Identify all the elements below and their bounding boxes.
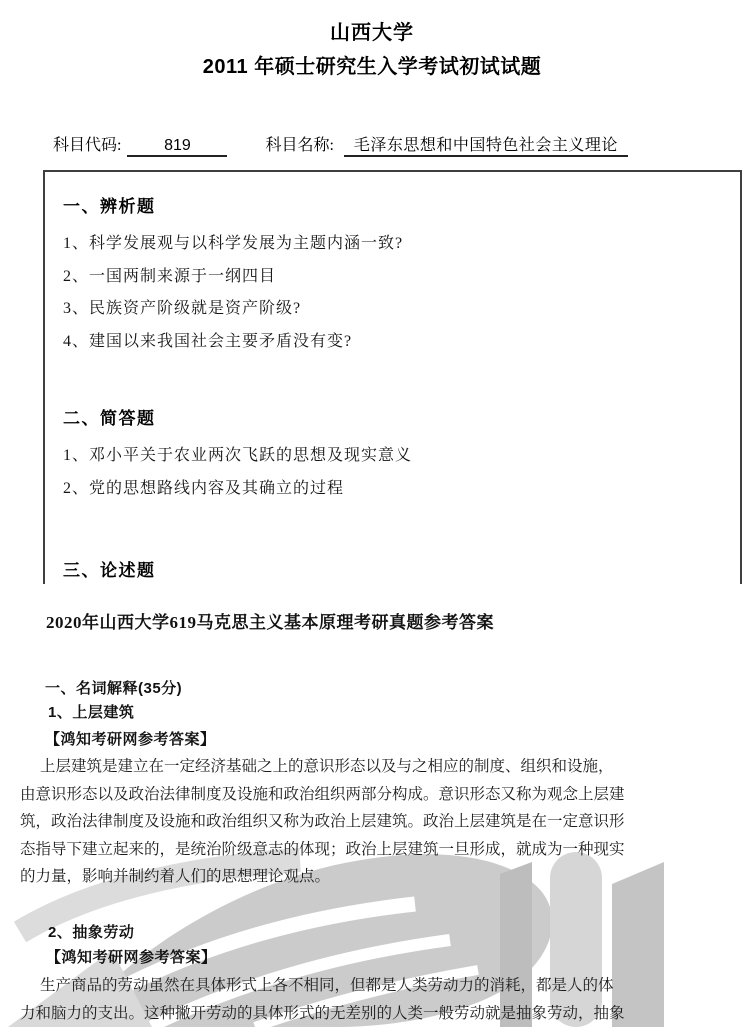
answer-paragraph-line: 筑，政治法律制度及设施和政治组织又称为政治上层建筑。政治上层建筑是在一定意识形 <box>20 808 726 836</box>
subject-name-label: 科目名称: <box>265 132 333 155</box>
answer-paragraph-line: 上层建筑是建立在一定经济基础之上的意识形态以及与之相应的制度、组织和设施， <box>20 753 726 781</box>
answer-source-tag: 【鸿知考研网参考答案】 <box>46 946 217 967</box>
section-heading: 二、简答题 <box>63 408 412 430</box>
answer-paragraph-line: 态指导下建立起来的，是统治阶级意志的体现；政治上层建筑一旦形成，就成为一种现实 <box>20 836 726 864</box>
university-title: 山西大学 <box>0 16 744 45</box>
question-items: 1、邓小平关于农业两次飞跃的思想及现实意义 2、党的思想路线内容及其确立的过程 <box>63 440 412 505</box>
answer-paragraph-line: 力和脑力的支出。这种撇开劳动的具体形式的无差别的人类一般劳动就是抽象劳动，抽象 <box>20 1000 726 1027</box>
answer-paragraph: 生产商品的劳动虽然在具体形式上各不相同，但都是人类劳动力的消耗，都是人的体 力和… <box>20 972 726 1027</box>
subject-name-value: 毛泽东思想和中国特色社会主义理论 <box>344 132 628 157</box>
section-heading: 三、论述题 <box>63 560 156 582</box>
answer-source-tag: 【鸿知考研网参考答案】 <box>45 728 216 749</box>
term-heading: 1、上层建筑 <box>48 701 134 722</box>
answer-paragraph: 上层建筑是建立在一定经济基础之上的意识形态以及与之相应的制度、组织和设施， 由意… <box>20 753 726 891</box>
question-item: 3、民族资产阶级就是资产阶级? <box>63 293 403 326</box>
answer-paragraph-line: 生产商品的劳动虽然在具体形式上各不相同，但都是人类劳动力的消耗，都是人的体 <box>20 972 726 1000</box>
question-box: 一、辨析题 1、科学发展观与以科学发展为主题内涵一致? 2、一国两制来源于一纲四… <box>43 170 742 584</box>
section-heading: 一、辨析题 <box>63 196 403 218</box>
answer-paragraph-line: 由意识形态以及政治法律制度及设施和政治组织两部分构成。意识形态又称为观念上层建 <box>20 781 726 809</box>
question-section-2: 二、简答题 1、邓小平关于农业两次飞跃的思想及现实意义 2、党的思想路线内容及其… <box>63 408 412 505</box>
subject-code-label: 科目代码: <box>53 132 121 155</box>
question-item: 1、科学发展观与以科学发展为主题内涵一致? <box>63 228 403 261</box>
subject-code-value: 819 <box>127 137 227 157</box>
question-section-3: 三、论述题 <box>63 560 156 582</box>
answer-section-heading: 一、名词解释(35分) <box>45 677 182 698</box>
question-item: 2、一国两制来源于一纲四目 <box>63 261 403 294</box>
exam-title: 2011 年硕士研究生入学考试初试试题 <box>0 50 744 79</box>
question-section-1: 一、辨析题 1、科学发展观与以科学发展为主题内涵一致? 2、一国两制来源于一纲四… <box>63 196 403 358</box>
question-item: 2、党的思想路线内容及其确立的过程 <box>63 473 412 506</box>
question-items: 1、科学发展观与以科学发展为主题内涵一致? 2、一国两制来源于一纲四目 3、民族… <box>63 228 403 358</box>
answer-page-title: 2020年山西大学619马克思主义基本原理考研真题参考答案 <box>0 608 540 633</box>
answer-paragraph-line: 的力量，影响并制约着人们的思想理论观点。 <box>20 863 726 891</box>
subject-line: 科目代码: 819 科目名称: 毛泽东思想和中国特色社会主义理论 <box>53 132 628 157</box>
term-heading: 2、抽象劳动 <box>48 921 134 942</box>
question-item: 4、建国以来我国社会主要矛盾没有变? <box>63 326 403 359</box>
question-item: 1、邓小平关于农业两次飞跃的思想及现实意义 <box>63 440 412 473</box>
